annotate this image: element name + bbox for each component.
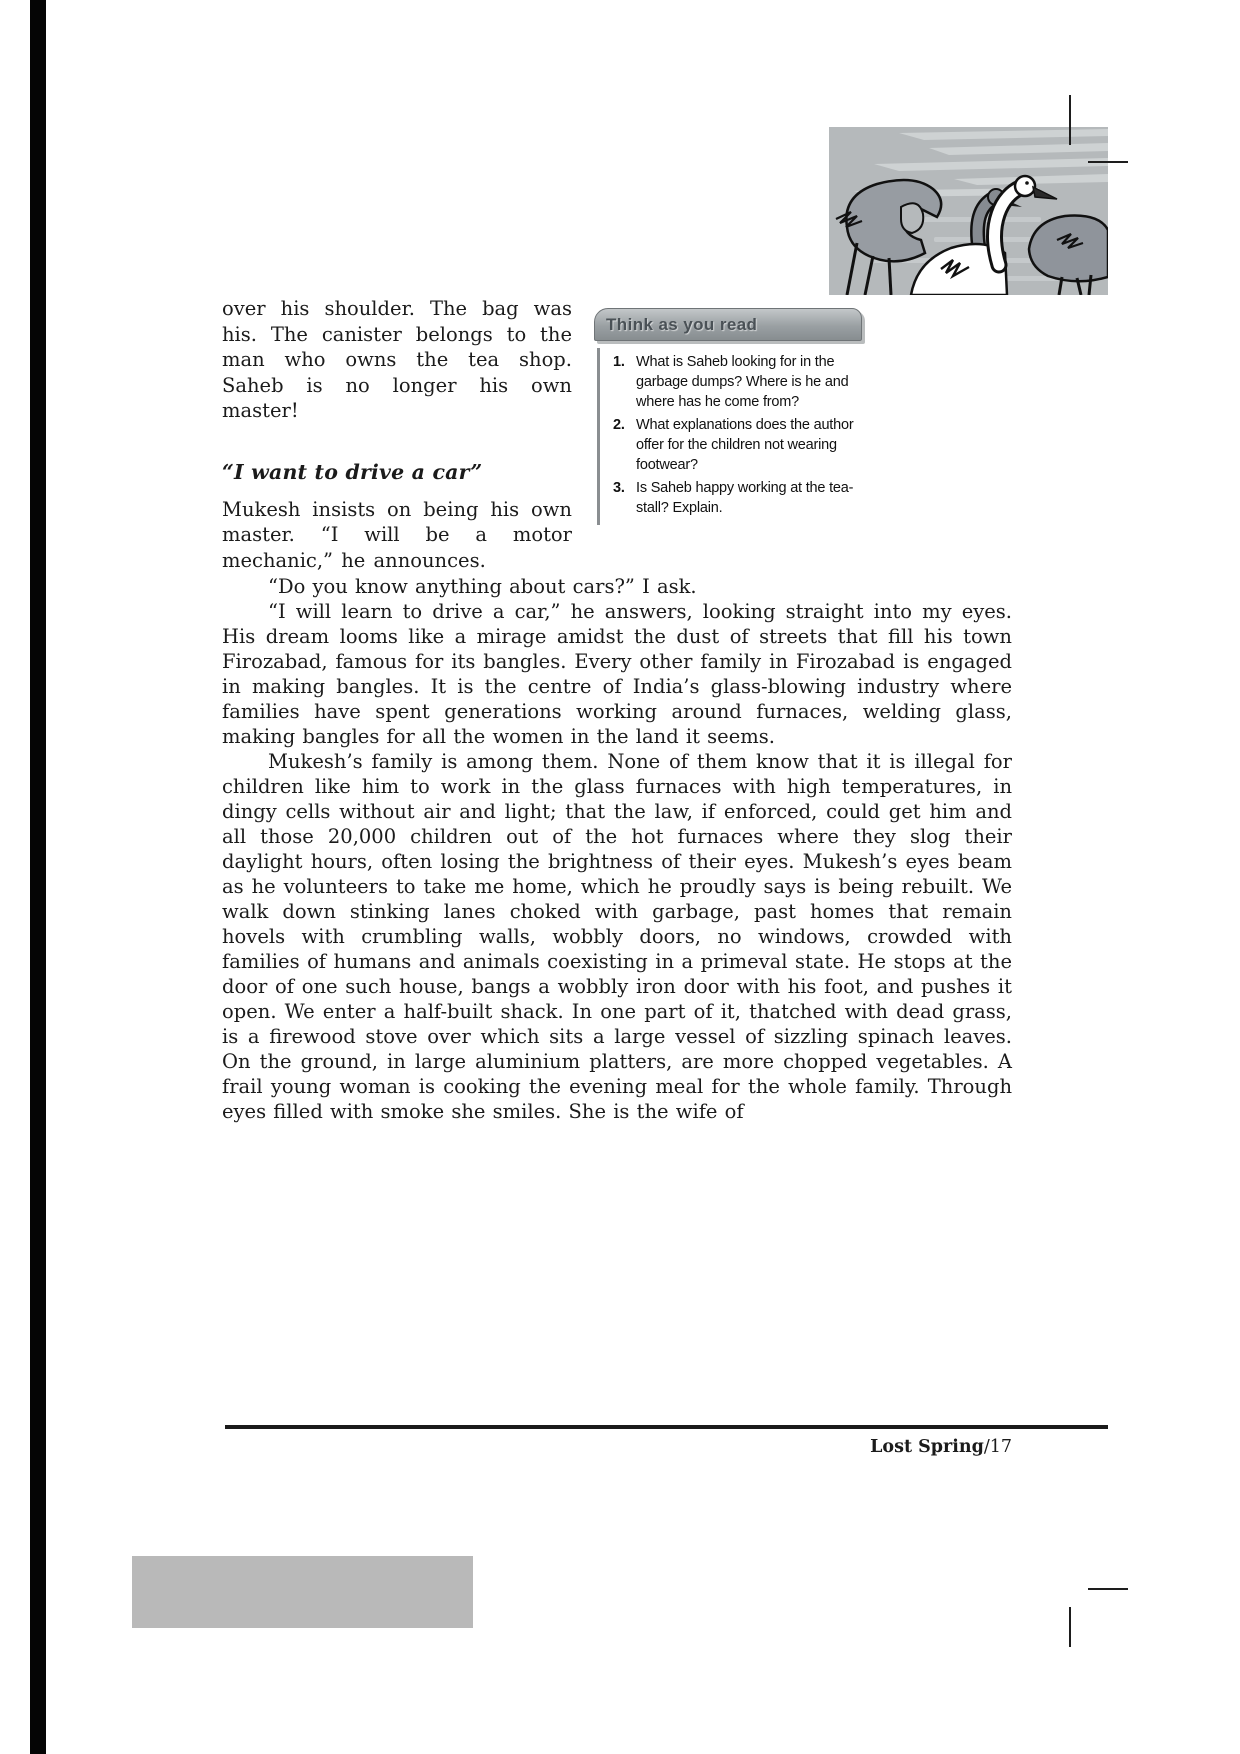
page-footer: Lost Spring/17 xyxy=(222,1437,1012,1457)
question-3: Is Saheb happy working at the tea-stall?… xyxy=(613,478,862,518)
body-paragraph-2: “I will learn to drive a car,” he answer… xyxy=(222,599,1012,749)
left-margin-band xyxy=(30,0,46,1754)
paragraph-continuation: over his shoulder. The bag was his. The … xyxy=(222,296,572,424)
body-paragraph-1: “Do you know anything about cars?” I ask… xyxy=(222,574,1012,599)
question-2: What explanations does the author offer … xyxy=(613,415,862,475)
think-box-body: What is Saheb looking for in the garbage… xyxy=(597,348,862,525)
chapter-title: Lost Spring xyxy=(870,1437,984,1457)
paragraph-mukesh: Mukesh insists on being his own master. … xyxy=(222,497,572,574)
footer-rule xyxy=(225,1425,1108,1429)
crop-mark-top-horizontal xyxy=(1088,161,1128,163)
page-number: /17 xyxy=(984,1437,1012,1457)
flamingos-illustration xyxy=(829,127,1108,295)
body-text: “Do you know anything about cars?” I ask… xyxy=(222,574,1012,1124)
gray-placeholder-block xyxy=(132,1556,473,1628)
left-text-column: over his shoulder. The bag was his. The … xyxy=(222,296,572,573)
crop-mark-bottom-vertical xyxy=(1069,1607,1071,1647)
question-list: What is Saheb looking for in the garbage… xyxy=(613,352,862,518)
textbook-page: over his shoulder. The bag was his. The … xyxy=(0,0,1240,1754)
think-box-tab: Think as you read xyxy=(594,308,862,341)
section-heading: “I want to drive a car” xyxy=(222,460,572,484)
question-1: What is Saheb looking for in the garbage… xyxy=(613,352,862,412)
crop-mark-bottom-horizontal xyxy=(1088,1588,1128,1590)
body-paragraph-3: Mukesh’s family is among them. None of t… xyxy=(222,749,1012,1124)
crop-mark-top-vertical xyxy=(1069,95,1071,145)
page-content: over his shoulder. The bag was his. The … xyxy=(222,296,1012,1124)
think-as-you-read-box: Think as you read What is Saheb looking … xyxy=(594,308,862,525)
flamingos-drawing xyxy=(829,127,1108,295)
